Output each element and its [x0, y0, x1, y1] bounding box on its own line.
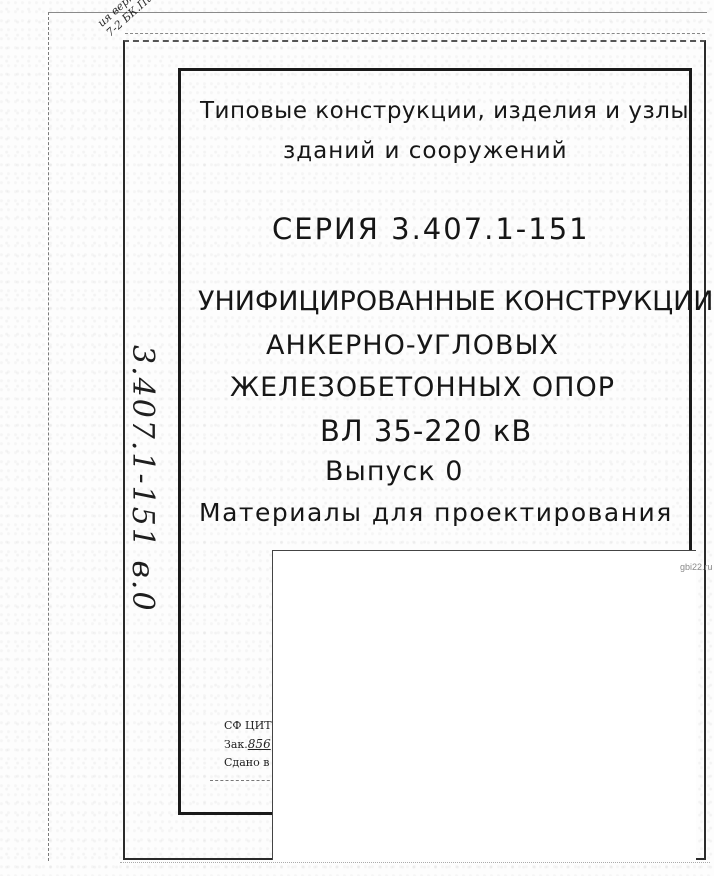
issue-number: Выпуск 0: [325, 456, 463, 487]
document-page: ия верн 7-2 БК.Пинч Типовые конструкции,…: [0, 0, 714, 876]
imprint-order-label: Зак.: [224, 738, 248, 751]
handwritten-series-code: 3.407.1-151 в.0: [125, 345, 160, 613]
watermark: gbi22.ru: [680, 562, 713, 572]
voltage-class: ВЛ 35-220 кВ: [320, 414, 532, 448]
title-line-1: Типовые конструкции, изделия и узлы: [200, 98, 689, 124]
series-number: СЕРИЯ 3.407.1-151: [272, 212, 590, 246]
materials-label: Материалы для проектирования: [199, 498, 673, 527]
imprint-order-number: 856: [248, 737, 271, 751]
subject-line-1: УНИФИЦИРОВАННЫЕ КОНСТРУКЦИИ: [198, 286, 713, 317]
title-line-2: зданий и сооружений: [283, 138, 568, 164]
imprint-rule: [210, 780, 275, 781]
subject-line-3: ЖЕЛЕЗОБЕТОННЫХ ОПОР: [230, 372, 615, 403]
blank-overlay-box: [272, 550, 696, 860]
bottom-edge-rule: [120, 862, 710, 863]
subject-line-2: АНКЕРНО-УГЛОВЫХ: [266, 330, 559, 361]
